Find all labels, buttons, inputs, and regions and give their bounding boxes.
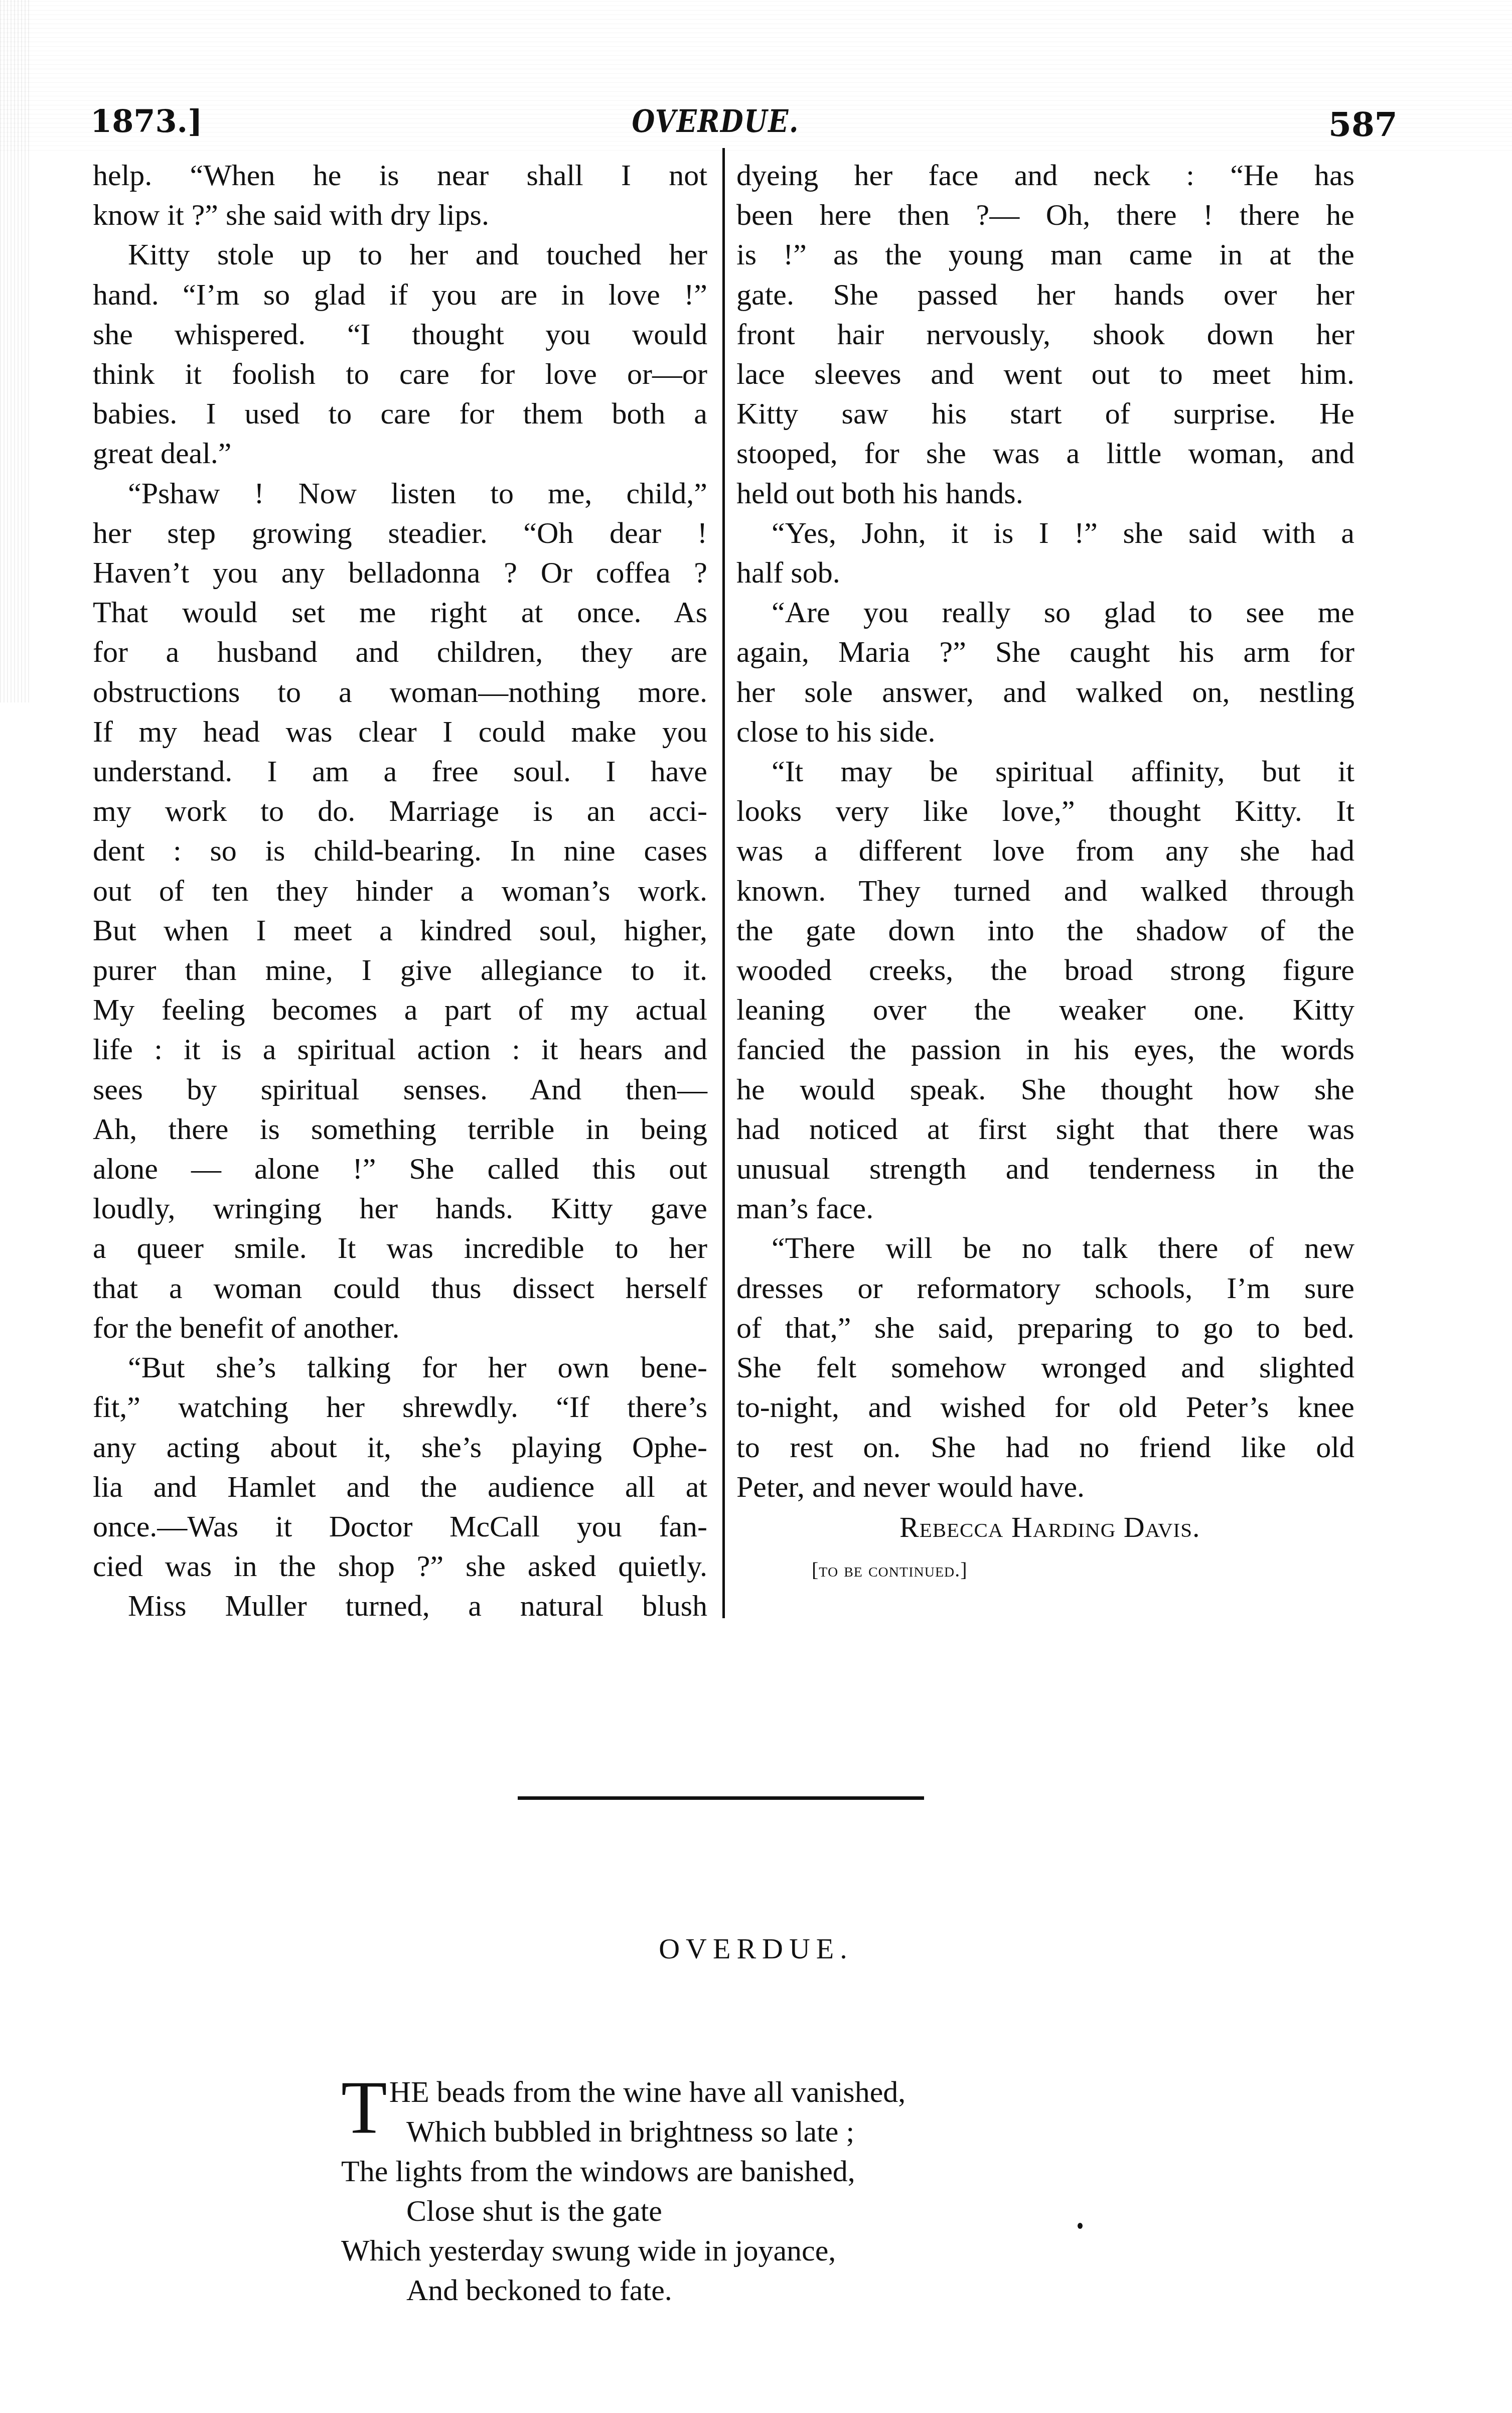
right-column-line: known. They turned and walked through [736, 871, 1354, 911]
left-column-line: any acting about it, she’s playing Ophe- [93, 1428, 707, 1467]
left-column-line: that a woman could thus dissect herself [93, 1268, 707, 1308]
left-column-line: her step growing steadier. “Oh dear ! [93, 513, 707, 553]
left-column-line: “Pshaw ! Now listen to me, child,” [93, 474, 707, 513]
left-column-line: once.—Was it Doctor McCall you fan- [93, 1507, 707, 1546]
left-column-line: fit,” watching her shrewdly. “If there’s [93, 1387, 707, 1427]
right-column-line: dresses or reformatory schools, I’m sure [736, 1268, 1354, 1308]
right-column-line: Kitty saw his start of surprise. He [736, 394, 1354, 434]
left-column-line: my work to do. Marriage is an acci- [93, 791, 707, 831]
right-column-line: to-night, and wished for old Peter’s kne… [736, 1387, 1354, 1427]
left-column-line: know it ?” she said with dry lips. [93, 195, 707, 235]
right-column-line: Peter, and never would have. [736, 1467, 1354, 1507]
stray-ink-dot [1078, 2223, 1083, 2229]
right-column-line: held out both his hands. [736, 474, 1354, 513]
right-column-line: She felt somehow wronged and slighted [736, 1348, 1354, 1387]
left-column-line: she whispered. “I thought you would [93, 315, 707, 354]
poem-line: And beckoned to fate. [341, 2270, 905, 2310]
running-head-title: OVERDUE. [632, 103, 799, 139]
right-column-line: lace sleeves and went out to meet him. [736, 354, 1354, 394]
right-column-line: of that,” she said, preparing to go to b… [736, 1308, 1354, 1348]
right-column-line: fancied the passion in his eyes, the wor… [736, 1030, 1354, 1069]
left-column-line: cied was in the shop ?” she asked quietl… [93, 1546, 707, 1586]
running-head: 1873.] OVERDUE. 587 [0, 103, 1512, 143]
author-signature: Rebecca Harding Davis. [899, 1510, 1200, 1544]
to-be-continued-note: [to be continued.] [812, 1558, 968, 1582]
poem-line: Which yesterday swung wide in joyance, [341, 2231, 905, 2270]
right-column-line: dyeing her face and neck : “He has [736, 156, 1354, 195]
right-column-line: half sob. [736, 553, 1354, 593]
left-column-line: great deal.” [93, 434, 707, 473]
right-column-line: leaning over the weaker one. Kitty [736, 990, 1354, 1030]
left-column-line: understand. I am a free soul. I have [93, 752, 707, 791]
right-column-line: to rest on. She had no friend like old [736, 1428, 1354, 1467]
right-column: dyeing her face and neck : “He hasbeen h… [736, 156, 1354, 1507]
poem-line: The lights from the windows are banished… [341, 2152, 905, 2191]
left-column-line: lia and Hamlet and the audience all at [93, 1467, 707, 1507]
poem-lines: Which bubbled in brightness so late ;The… [341, 2112, 905, 2310]
page-number: 587 [1328, 105, 1398, 144]
poem-line: Which bubbled in brightness so late ; [341, 2112, 905, 2152]
column-divider [722, 148, 725, 1618]
left-column-line: obstructions to a woman—nothing more. [93, 672, 707, 712]
right-column-line: unusual strength and tenderness in the [736, 1149, 1354, 1189]
left-column-line: sees by spiritual senses. And then— [93, 1070, 707, 1109]
left-column-line: out of ten they hinder a woman’s work. [93, 871, 707, 911]
left-column-line: Kitty stole up to her and touched her [93, 235, 707, 274]
right-column-line: was a different love from any she had [736, 831, 1354, 871]
left-column-line: If my head was clear I could make you [93, 712, 707, 752]
left-column-line: think it foolish to care for love or—or [93, 354, 707, 394]
right-column-line: looks very like love,” thought Kitty. It [736, 791, 1354, 831]
left-column: help. “When he is near shall I notknow i… [93, 156, 707, 1626]
left-column-line: help. “When he is near shall I not [93, 156, 707, 195]
right-column-line: again, Maria ?” She caught his arm for [736, 632, 1354, 672]
right-column-line: stooped, for she was a little woman, and [736, 434, 1354, 473]
left-column-line: That would set me right at once. As [93, 593, 707, 632]
right-column-line: wooded creeks, the broad strong figure [736, 950, 1354, 990]
right-column-line: been here then ?— Oh, there ! there he [736, 195, 1354, 235]
left-column-line: a queer smile. It was incredible to her [93, 1228, 707, 1268]
left-column-line: Haven’t you any belladonna ? Or coffea ? [93, 553, 707, 593]
right-column-line: the gate down into the shadow of the [736, 911, 1354, 950]
left-column-line: for the benefit of another. [93, 1308, 707, 1348]
right-column-line: gate. She passed her hands over her [736, 275, 1354, 315]
right-column-line: front hair nervously, shook down her [736, 315, 1354, 354]
right-column-line: close to his side. [736, 712, 1354, 752]
poem-line-1-text: HE beads from the wine have all vanished… [389, 2075, 906, 2108]
right-column-line: “Are you really so glad to see me [736, 593, 1354, 632]
left-column-line: purer than mine, I give allegiance to it… [93, 950, 707, 990]
poem-title: OVERDUE. [0, 1932, 1512, 1965]
left-column-line: But when I meet a kindred soul, higher, [93, 911, 707, 950]
poem: T HE beads from the wine have all vanish… [341, 2072, 905, 2310]
right-column-line: is !” as the young man came in at the [736, 235, 1354, 274]
poem-line-1: T HE beads from the wine have all vanish… [341, 2072, 905, 2112]
left-column-line: Miss Muller turned, a natural blush [93, 1586, 707, 1626]
right-column-line: “There will be no talk there of new [736, 1228, 1354, 1268]
left-column-line: Ah, there is something terrible in being [93, 1109, 707, 1149]
right-column-line: man’s face. [736, 1189, 1354, 1228]
left-column-line: for a husband and children, they are [93, 632, 707, 672]
right-column-line: “It may be spiritual affinity, but it [736, 752, 1354, 791]
section-rule [518, 1796, 924, 1800]
left-column-line: dent : so is child-bearing. In nine case… [93, 831, 707, 871]
left-column-line: hand. “I’m so glad if you are in love !” [93, 275, 707, 315]
right-column-line: had noticed at first sight that there wa… [736, 1109, 1354, 1149]
left-column-line: life : it is a spiritual action : it hea… [93, 1030, 707, 1069]
left-column-line: alone — alone !” She called this out [93, 1149, 707, 1189]
poem-line: Close shut is the gate [341, 2191, 905, 2231]
right-column-line: “Yes, John, it is I !” she said with a [736, 513, 1354, 553]
right-column-line: her sole answer, and walked on, nestling [736, 672, 1354, 712]
left-column-line: babies. I used to care for them both a [93, 394, 707, 434]
left-column-line: loudly, wringing her hands. Kitty gave [93, 1189, 707, 1228]
right-column-line: he would speak. She thought how she [736, 1070, 1354, 1109]
running-head-year: 1873.] [90, 103, 202, 139]
left-column-line: My feeling becomes a part of my actual [93, 990, 707, 1030]
left-column-line: “But she’s talking for her own bene- [93, 1348, 707, 1387]
drop-cap: T [341, 2075, 387, 2140]
